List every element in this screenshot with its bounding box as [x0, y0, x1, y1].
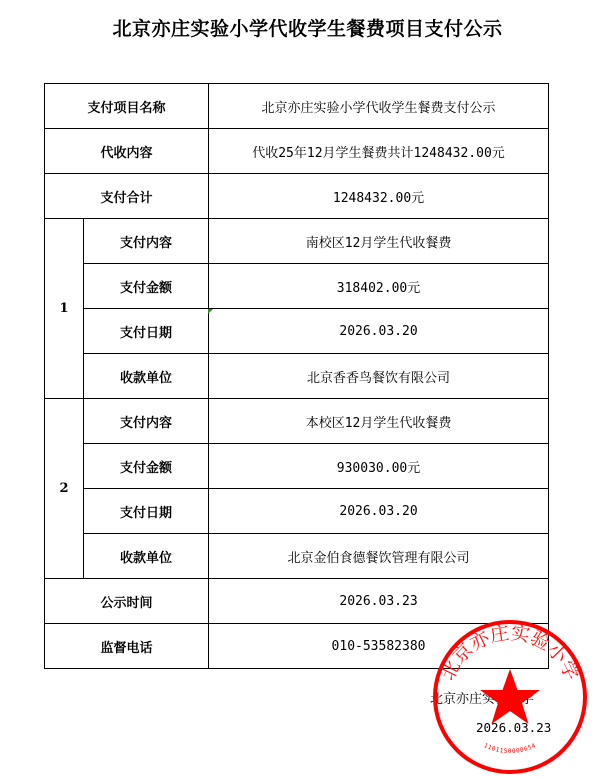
row-label: 收款单位 [84, 534, 209, 579]
table-row: 支付合计 1248432.00元 [45, 174, 549, 219]
row-value: 010-53582380 [209, 624, 549, 669]
table-row: 支付日期 2026.03.20 [45, 309, 549, 354]
table-row: 支付项目名称 北京亦庄实验小学代收学生餐费支付公示 [45, 84, 549, 129]
table-row: 公示时间 2026.03.23 [45, 579, 549, 624]
table-row: 收款单位 北京金伯食德餐饮管理有限公司 [45, 534, 549, 579]
cell-comment-marker [208, 309, 213, 314]
group-index: 2 [45, 399, 84, 579]
table-row: 代收内容 代收25年12月学生餐费共计1248432.00元 [45, 129, 549, 174]
table-row: 1 支付内容 南校区12月学生代收餐费 [45, 219, 549, 264]
row-label: 支付日期 [84, 309, 209, 354]
row-label: 支付内容 [84, 219, 209, 264]
row-label: 支付项目名称 [45, 84, 209, 129]
row-label: 监督电话 [45, 624, 209, 669]
row-label: 支付日期 [84, 489, 209, 534]
row-label: 收款单位 [84, 354, 209, 399]
row-value: 2026.03.20 [209, 489, 549, 534]
table-row: 收款单位 北京香香鸟餐饮有限公司 [45, 354, 549, 399]
table-row: 2 支付内容 本校区12月学生代收餐费 [45, 399, 549, 444]
row-value: 北京香香鸟餐饮有限公司 [209, 354, 549, 399]
row-value: 1248432.00元 [209, 174, 549, 219]
stamp-serial: 1101150000654 [483, 742, 538, 755]
row-label: 公示时间 [45, 579, 209, 624]
row-value: 南校区12月学生代收餐费 [209, 219, 549, 264]
table-row: 支付金额 930030.00元 [45, 444, 549, 489]
table-row: 支付金额 318402.00元 [45, 264, 549, 309]
row-value: 北京亦庄实验小学代收学生餐费支付公示 [209, 84, 549, 129]
row-value: 930030.00元 [209, 444, 549, 489]
payment-notice-table: 支付项目名称 北京亦庄实验小学代收学生餐费支付公示 代收内容 代收25年12月学… [44, 83, 549, 669]
row-value: 本校区12月学生代收餐费 [209, 399, 549, 444]
row-label: 代收内容 [45, 129, 209, 174]
row-value: 北京金伯食德餐饮管理有限公司 [209, 534, 549, 579]
document-title: 北京亦庄实验小学代收学生餐费项目支付公示 [0, 14, 615, 41]
row-label: 支付内容 [84, 399, 209, 444]
signature-organization: 北京亦庄实验小学 [430, 688, 534, 707]
row-value: 318402.00元 [209, 264, 549, 309]
row-label: 支付金额 [84, 444, 209, 489]
table-row: 监督电话 010-53582380 [45, 624, 549, 669]
row-label: 支付合计 [45, 174, 209, 219]
row-value: 2026.03.20 [209, 309, 549, 354]
row-value: 代收25年12月学生餐费共计1248432.00元 [209, 129, 549, 174]
group-index: 1 [45, 219, 84, 399]
table-row: 支付日期 2026.03.20 [45, 489, 549, 534]
signature-date: 2026.03.23 [476, 720, 551, 735]
row-value: 2026.03.23 [209, 579, 549, 624]
row-label: 支付金额 [84, 264, 209, 309]
svg-text:1101150000654: 1101150000654 [483, 742, 538, 755]
